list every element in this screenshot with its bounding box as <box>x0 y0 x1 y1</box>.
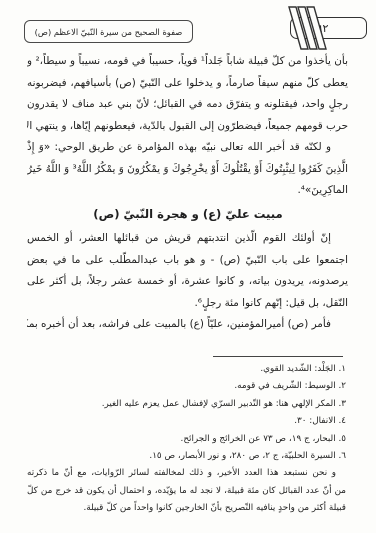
decorative-stripes-icon <box>285 5 331 51</box>
text-line: النّقل، بل قيل: إنّهم كانوا مئة رجلٍ⁶. <box>27 293 348 315</box>
text-line: بأن يأخذوا من كلّ قبيلة شاباً جَلداً¹ قو… <box>27 51 348 73</box>
running-title: صفوة الصحيح من سيرة النّبيّ الاعظم (ص) <box>35 27 183 37</box>
text-line: رجلٍ واحد، فيقتلونه و يتفرّق دمه في القب… <box>27 94 348 116</box>
text-line: يعطى كلّ منهم سيفاً صارماً، و يدخلوا على… <box>27 73 348 95</box>
text-line: من أنّ عدد القبائل كان مئة قبيلة، لا نجد… <box>27 483 346 500</box>
text-line: ٥. البحار، ج ١٩، ص ٧٣ عن الخرائج و الجرا… <box>27 431 346 448</box>
footnotes-block: ١. الجَلْد: الشّديد القوي.٢. الوسيط: الش… <box>27 361 346 518</box>
text-line: يرصدونه، يريدون بياته، و كانوا عشرة، أو … <box>27 271 348 293</box>
body-text-block-2: إنّ أولئك القوم الّذين انتدبتهم قريش من … <box>27 228 348 336</box>
text-line: و لكنّه قد أخبر الله تعالى نبيّه بهذه ال… <box>27 137 348 159</box>
text-line: ٣. المكر الإلهي هنا: هو التّدبير السرّي … <box>27 396 346 413</box>
text-line: إنّ أولئك القوم الّذين انتدبتهم قريش من … <box>27 228 348 250</box>
book-page: صفوة الصحيح من سيرة النّبيّ الاعظم (ص) ١… <box>0 0 376 533</box>
text-line: ٤. الانفال: ٣٠. <box>27 413 346 430</box>
text-line: حرب قومهم جميعاً، فيضطرّون إلى القبول با… <box>27 116 348 138</box>
text-line: ١. الجَلْد: الشّديد القوي. <box>27 361 346 378</box>
body-text-block-1: بأن يأخذوا من كلّ قبيلة شاباً جَلداً¹ قو… <box>27 51 348 202</box>
text-line: الَّذِينَ كَفَرُوا لِيثْبِتُوكَ أَوْ يقْ… <box>27 159 348 181</box>
footnote-separator <box>213 356 343 357</box>
text-line: الماكِرِينَ»⁴. <box>27 180 348 202</box>
text-line: فأمر (ص) أميرالمؤمنين، عليّاً (ع) بالمبي… <box>27 314 348 336</box>
text-line: اجتمعوا على باب النّبيّ (ص) - و هو باب ع… <box>27 250 348 272</box>
text-line: و نحن نستبعد هذا العدد الأخير، و ذلك لمخ… <box>27 465 346 482</box>
running-title-box: صفوة الصحيح من سيرة النّبيّ الاعظم (ص) <box>24 20 193 43</box>
text-line: قبيلة أكثر من واحدٍ ينافيه التّصريح بأنّ… <box>27 500 346 517</box>
section-heading: مبيت عليّ (ع) و هجرة النّبيّ (ص) <box>0 203 376 226</box>
text-line: ٦. السيرة الحلبيّة، ج ٢، ص ٢٨٠، و نور ال… <box>27 448 346 465</box>
text-line: ٢. الوسيط: الشّريف في قومه. <box>27 378 346 395</box>
